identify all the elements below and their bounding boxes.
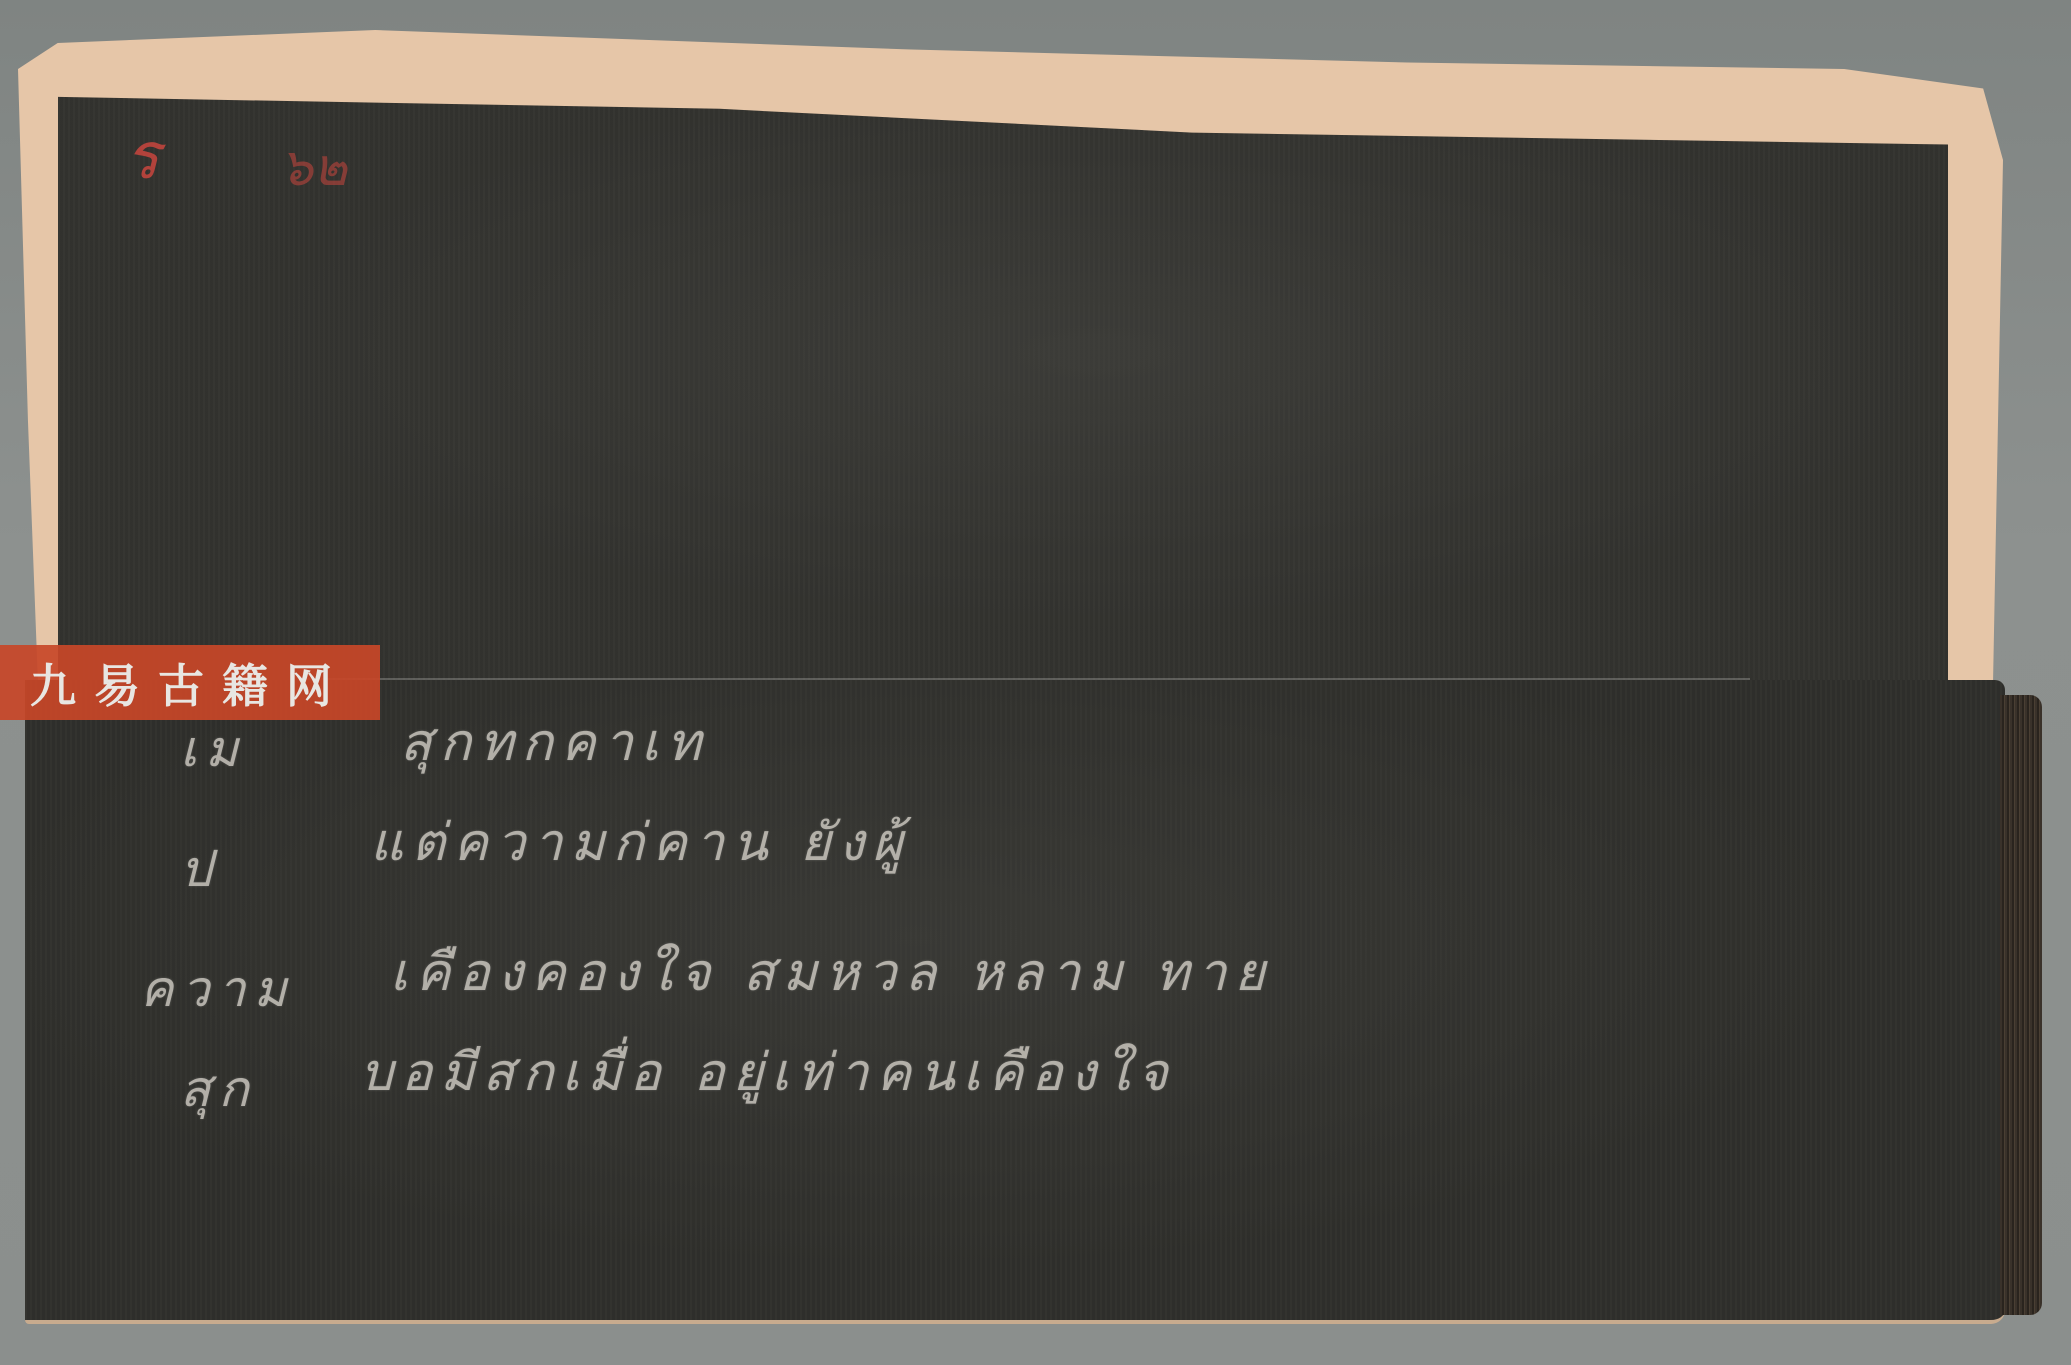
margin-label-4: สุก <box>180 1050 257 1129</box>
stacked-page-edges <box>2000 695 2042 1315</box>
red-faded-mark: ๖๒ <box>280 125 347 208</box>
red-numeral-mark: ร <box>125 105 159 207</box>
chalk-line-1: สุกทกคาเท <box>400 700 709 783</box>
chalk-line-3: เคืองคองใจ สมหวล หลาม ทาย <box>390 930 1273 1013</box>
margin-label-3: ความ <box>140 950 295 1029</box>
margin-label-2: ป <box>180 830 220 909</box>
chalk-line-2: แต่ความก่คาน ยังผู้ <box>370 800 911 883</box>
margin-label-1: เม <box>180 710 246 789</box>
watermark-banner: 九易古籍网 <box>0 645 380 720</box>
chalk-line-4: บอมีสกเมื่อ อยู่เท่าคนเคืองใจ <box>360 1030 1176 1113</box>
watermark-text: 九易古籍网 <box>30 650 350 716</box>
